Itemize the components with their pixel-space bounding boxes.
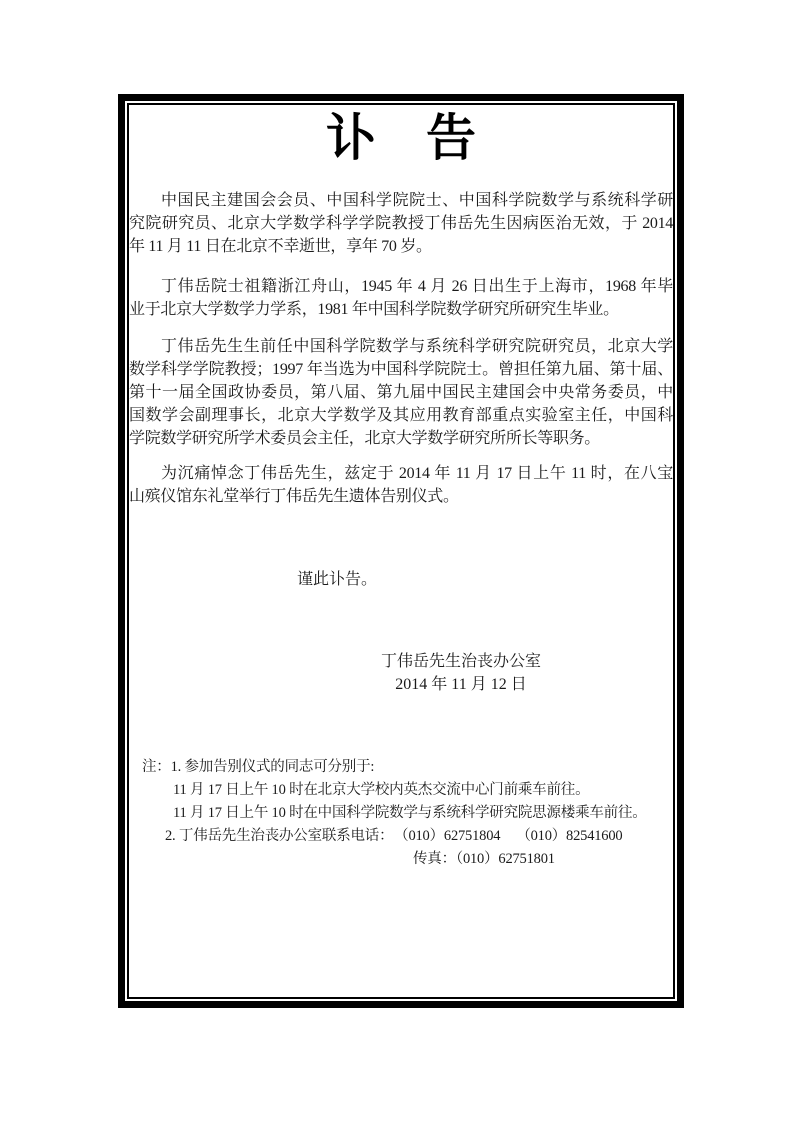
paragraph-line: 国数学会副理事长，北京大学数学及其应用教育部重点实验室主任，中国科	[129, 404, 673, 427]
note-line-3: 11 月 17 日上午 10 时在中国科学院数学与系统科学研究院思源楼乘车前往。	[129, 802, 673, 825]
note-line-2: 11 月 17 日上午 10 时在北京大学校内英杰交流中心门前乘车前往。	[129, 779, 673, 802]
contact-phone-1: （010）62751804	[401, 828, 500, 844]
contact-phone-2: （010）82541600	[516, 828, 622, 844]
paragraph-line: 山殡仪馆东礼堂举行丁伟岳先生遗体告别仪式。	[129, 485, 673, 508]
paragraph-line: 中国民主建国会会员、中国科学院院士、中国科学院数学与系统科学研	[129, 189, 673, 212]
note-line-4: 2. 丁伟岳先生治丧办公室联系电话：（010）62751804（010）8254…	[129, 825, 673, 848]
closing-line: 谨此讣告。	[297, 568, 673, 591]
paragraph-memorial-ceremony: 为沉痛悼念丁伟岳先生，兹定于 2014 年 11 月 17 日上午 11 时，在…	[129, 462, 673, 508]
note-line-1: 注：1. 参加告别仪式的同志可分别于:	[129, 756, 673, 779]
obituary-frame: 讣 告 中国民主建国会会员、中国科学院院士、中国科学院数学与系统科学研 究院研究…	[118, 94, 684, 1008]
paragraph-line: 究院研究员、北京大学数学科学学院教授丁伟岳先生因病医治无效，于 2014	[129, 212, 673, 235]
paragraph-line: 丁伟岳院士祖籍浙江舟山，1945 年 4 月 26 日出生于上海市，1968 年…	[129, 275, 673, 298]
paragraph-line: 第十一届全国政协委员，第八届、第九届中国民主建国会中央常务委员，中	[129, 381, 673, 404]
signature-office: 丁伟岳先生治丧办公室	[381, 650, 541, 673]
fax-number: （010）62751801	[456, 851, 555, 867]
signature-block: 丁伟岳先生治丧办公室 2014 年 11 月 12 日	[381, 650, 541, 696]
fax-label: 传真：	[413, 851, 456, 867]
paragraph-line: 数学科学学院教授；1997 年当选为中国科学院院士。曾担任第九届、第十届、	[129, 358, 673, 381]
paragraph-death-announcement: 中国民主建国会会员、中国科学院院士、中国科学院数学与系统科学研 究院研究员、北京…	[129, 189, 673, 258]
paragraph-line: 年 11 月 11 日在北京不幸逝世，享年 70 岁。	[129, 235, 673, 258]
note-line-5: 传真：（010）62751801	[129, 848, 673, 871]
paragraph-line: 为沉痛悼念丁伟岳先生，兹定于 2014 年 11 月 17 日上午 11 时，在…	[129, 462, 673, 485]
obituary-title: 讣 告	[129, 107, 673, 169]
contact-phone-label: 2. 丁伟岳先生治丧办公室联系电话：	[165, 828, 393, 844]
paragraph-line: 业于北京大学数学力学系，1981 年中国科学院数学研究所研究生毕业。	[129, 298, 673, 321]
notes-section: 注：1. 参加告别仪式的同志可分别于: 11 月 17 日上午 10 时在北京大…	[129, 756, 673, 871]
paragraph-line: 学院数学研究所学术委员会主任，北京大学数学研究所所长等职务。	[129, 427, 673, 450]
signature-date: 2014 年 11 月 12 日	[381, 673, 541, 696]
paragraph-line: 丁伟岳先生生前任中国科学院数学与系统科学研究院研究员，北京大学	[129, 335, 673, 358]
paragraph-biography: 丁伟岳院士祖籍浙江舟山，1945 年 4 月 26 日出生于上海市，1968 年…	[129, 275, 673, 321]
paragraph-positions: 丁伟岳先生生前任中国科学院数学与系统科学研究院研究员，北京大学 数学科学学院教授…	[129, 335, 673, 450]
obituary-inner-frame: 讣 告 中国民主建国会会员、中国科学院院士、中国科学院数学与系统科学研 究院研究…	[127, 103, 675, 999]
